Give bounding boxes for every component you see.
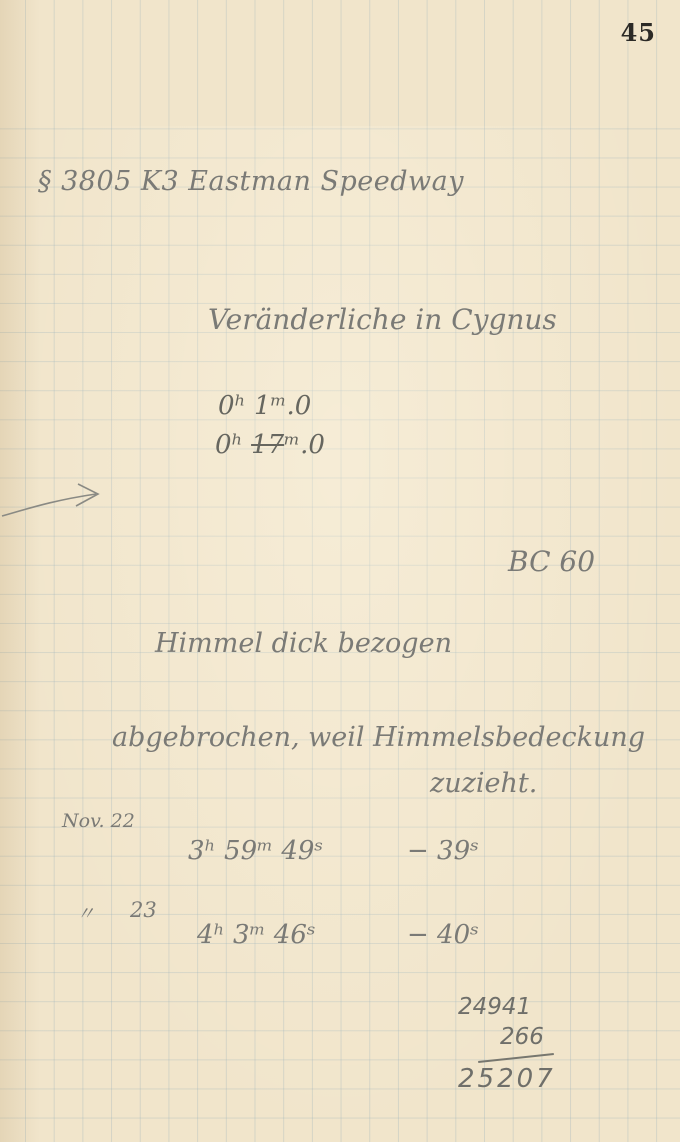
observation-time-2: 4ʰ 3ᵐ 46ˢ bbox=[197, 922, 316, 948]
abort-remark-line-2: zuzieht. bbox=[430, 770, 537, 797]
observation-time-1: 3ʰ 59ᵐ 49ˢ bbox=[188, 838, 323, 864]
sum-rule bbox=[478, 1053, 554, 1063]
observation-value-2: − 40ˢ bbox=[407, 922, 479, 948]
notebook-page: 45 § 3805 K3 Eastman Speedway Veränderli… bbox=[0, 0, 680, 1142]
binding-shadow bbox=[0, 0, 40, 1142]
reference-label: BC 60 bbox=[508, 548, 595, 576]
top-margin bbox=[0, 0, 680, 126]
time-suffix: ᵐ.0 bbox=[284, 430, 325, 460]
subject-line: Veränderliche in Cygnus bbox=[208, 306, 557, 334]
observation-value-1: − 39ˢ bbox=[407, 838, 479, 864]
time-line-2: 0ʰ 17ᵐ.0 bbox=[215, 432, 325, 458]
observation-date-1: Nov. 22 bbox=[62, 812, 135, 831]
struck-minutes: 17 bbox=[251, 430, 284, 460]
observation-date-2: 23 bbox=[130, 900, 157, 921]
time-line-1: 0ʰ 1ᵐ.0 bbox=[218, 393, 311, 419]
ditto-mark: 〃 bbox=[76, 905, 95, 924]
abort-remark-line-1: abgebrochen, weil Himmelsbedeckung bbox=[112, 724, 645, 751]
sum-result: 25207 bbox=[458, 1066, 556, 1092]
sum-addend-2: 266 bbox=[500, 1026, 544, 1049]
time-prefix: 0ʰ bbox=[215, 430, 251, 460]
entry-header: § 3805 K3 Eastman Speedway bbox=[38, 168, 464, 195]
sum-addend-1: 24941 bbox=[458, 996, 531, 1019]
arrow-right-icon bbox=[0, 480, 104, 520]
page-number: 45 bbox=[621, 18, 656, 47]
sky-remark: Himmel dick bezogen bbox=[155, 630, 452, 657]
